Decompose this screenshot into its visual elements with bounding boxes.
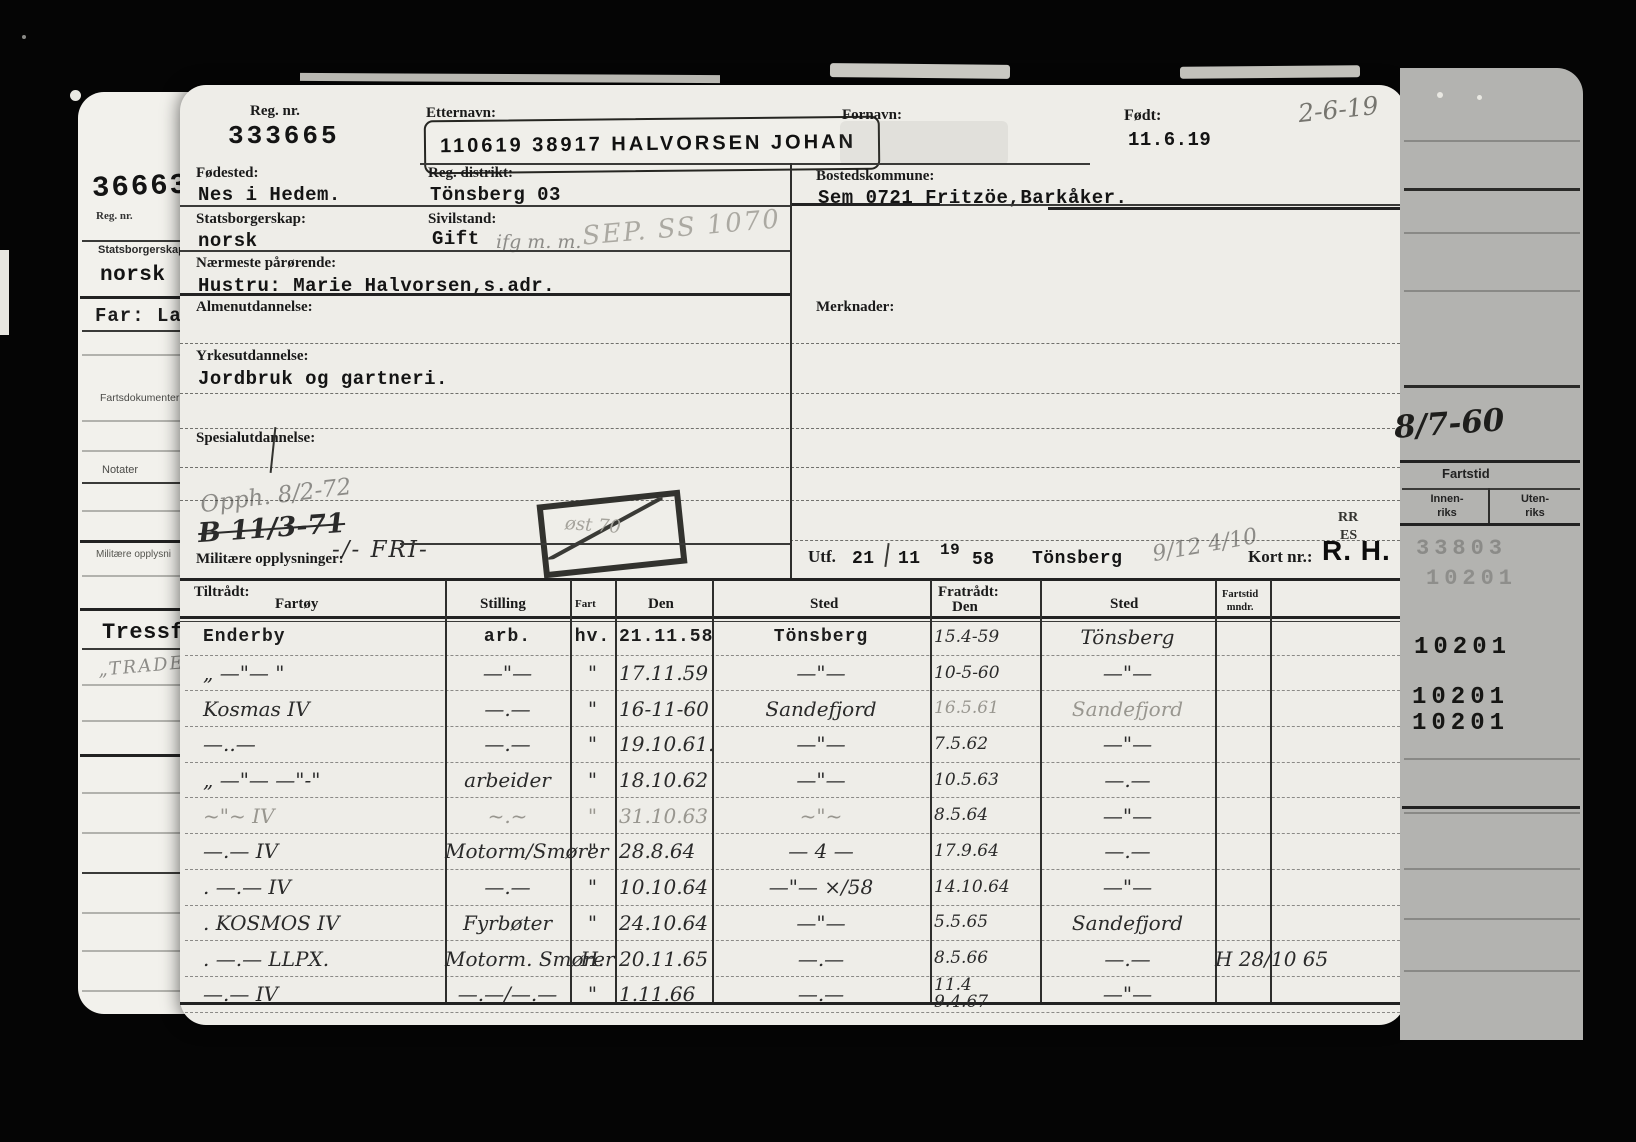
- cell-fratradt-sted: Sandefjord: [1040, 913, 1215, 933]
- scanned-register-page: 366637 Reg. nr. Statsborgerskap norsk Fa…: [0, 0, 1636, 1142]
- sivilstand-label: Sivilstand:: [428, 211, 496, 228]
- utf-separator: [884, 543, 889, 567]
- cell-fartoy: „ —"— ": [185, 663, 445, 683]
- cell-den: 21.11.58: [615, 628, 712, 646]
- cell-fratradt-sted: —.—: [1040, 770, 1215, 790]
- table-row: . KOSMOS IV Fyrbøter " 24.10.64 —"— 5.5.…: [185, 906, 1400, 942]
- yrkes-value: Jordbruk og gartneri.: [198, 368, 448, 390]
- cell-fratradt-sted: —"—: [1040, 984, 1215, 1004]
- fornavn-stamp-residue: [840, 121, 1008, 165]
- cell-den: 24.10.64: [615, 913, 712, 933]
- cell-fart: ": [570, 770, 615, 790]
- cell-sted: —.—: [712, 984, 930, 1004]
- col-fartoy: Fartøy: [275, 596, 318, 613]
- cell-fart: ": [570, 663, 615, 683]
- cell-fart: ": [570, 734, 615, 754]
- fodested-value: Nes i Hedem.: [198, 184, 341, 206]
- cell-fratradt-den: 11.4 9.4.67: [930, 977, 1040, 1011]
- right-card-fartstid-label: Fartstid: [1442, 466, 1490, 481]
- cell-fartoy: Enderby: [185, 628, 445, 646]
- table-row: . —.— IV —.— " 10.10.64 —"— ×/58 14.10.6…: [185, 870, 1400, 906]
- table-row: „ —"— —"-" arbeider " 18.10.62 —"— 10.5.…: [185, 763, 1400, 799]
- cell-sted: Sandefjord: [712, 699, 930, 719]
- cell-den: 10.10.64: [615, 877, 712, 897]
- fodt-value: 11.6.19: [1128, 129, 1211, 151]
- es-marking: ES: [1340, 528, 1357, 544]
- cell-sted: —"—: [712, 734, 930, 754]
- cell-fratradt-den: 14.10.64: [930, 879, 1040, 896]
- utf-handwriting: 9/12 4/10: [1151, 524, 1260, 567]
- cell-fart: H.: [570, 949, 615, 969]
- cell-sted: ~"~: [712, 806, 930, 826]
- left-card-trade-handwriting: „TRADE: [97, 652, 185, 680]
- left-card-notater-label: Notater: [102, 464, 138, 476]
- cell-fart: ": [570, 841, 615, 861]
- utf-month: 11: [898, 549, 921, 569]
- cell-den: 19.10.61.: [615, 734, 712, 754]
- right-card-bold-number-1: 10201: [1414, 634, 1511, 661]
- table-row: —.— IV —.—/—.— " 1.11.66 —.— 11.4 9.4.67…: [185, 977, 1400, 1013]
- table-row: Enderby arb. hv. 21.11.58 Tönsberg 15.4-…: [185, 620, 1400, 656]
- cell-den: 31.10.63: [615, 806, 712, 826]
- statsborgerskap-value: norsk: [198, 230, 258, 252]
- cell-fratradt-sted: —"—: [1040, 877, 1215, 897]
- cell-stilling: arbeider: [445, 770, 570, 790]
- cell-fratradt-sted: Sandefjord: [1040, 699, 1215, 719]
- cell-sted: —"—: [712, 770, 930, 790]
- cell-fratradt-sted: —.—: [1040, 949, 1215, 969]
- cell-stilling: —.—: [445, 734, 570, 754]
- cell-stilling: arb.: [445, 628, 570, 646]
- cell-fartoy: ~"~ IV: [185, 806, 445, 826]
- cell-fartoy: . —.— LLPX.: [185, 949, 445, 969]
- reg-nr-value: 333665: [228, 121, 340, 151]
- left-card-statsborgerskap-value: norsk: [100, 264, 166, 287]
- rr-marking: RR: [1338, 510, 1358, 526]
- cell-fratradt-sted: —"—: [1040, 663, 1215, 683]
- cell-fart: ": [570, 913, 615, 933]
- cell-fratradt-den: 5.5.65: [930, 914, 1040, 931]
- cell-stilling: ~.~: [445, 806, 570, 826]
- cell-den: 20.11.65: [615, 949, 712, 969]
- table-row: Kosmas IV —.— " 16-11-60 Sandefjord 16.5…: [185, 691, 1400, 727]
- left-card-statsborgerskap-label: Statsborgerskap: [98, 244, 185, 256]
- cell-fartstid: H 28/10 65: [1215, 949, 1270, 969]
- cell-fratradt-sted: —.—: [1040, 841, 1215, 861]
- almen-label: Almenutdannelse:: [196, 299, 313, 316]
- void-stamp-box: øst 70: [537, 490, 688, 579]
- col-fartstid: Fartstid mndr.: [1222, 588, 1258, 614]
- cell-fratradt-den: 8.5.66: [930, 950, 1040, 967]
- cell-sted: —"—: [712, 913, 930, 933]
- right-card-faint-number-2: 10201: [1426, 566, 1517, 591]
- right-card-faint-number-1: 33803: [1416, 536, 1507, 561]
- utf-year: 58: [972, 550, 995, 570]
- cell-fratradt-den: 7.5.62: [930, 736, 1040, 753]
- underlying-card-right: 8/7-60 Fartstid Innen- riks Uten- riks 3…: [1400, 68, 1583, 1040]
- cell-stilling: —"—: [445, 663, 570, 683]
- reg-nr-label: Reg. nr.: [250, 103, 300, 120]
- cell-fartoy: Kosmas IV: [185, 699, 445, 719]
- cell-sted: Tönsberg: [712, 628, 930, 646]
- cell-sted: — 4 —: [712, 841, 930, 861]
- utf-label: Utf.: [808, 547, 836, 567]
- col-sted: Sted: [810, 596, 838, 613]
- fodested-label: Fødested:: [196, 165, 259, 182]
- col-den: Den: [648, 596, 674, 613]
- kort-nr-label: Kort nr.:: [1248, 547, 1313, 567]
- statsborgerskap-label: Statsborgerskap:: [196, 211, 306, 228]
- col-fratradt-sted: Sted: [1110, 596, 1138, 613]
- cell-fart: ": [570, 806, 615, 826]
- cell-den: 16-11-60: [615, 699, 712, 719]
- void-stamp-handwriting: øst 70: [564, 513, 621, 538]
- regdistrikt-value: Tönsberg 03: [430, 184, 561, 206]
- table-row: „ —"— " —"— " 17.11.59 —"— 10-5-60 —"—: [185, 656, 1400, 692]
- sivilstand-value: Gift: [432, 228, 480, 250]
- spesial-label: Spesialutdannelse:: [196, 430, 315, 447]
- cell-stilling: —.—: [445, 877, 570, 897]
- table-row: —..— —.— " 19.10.61. —"— 7.5.62 —"—: [185, 727, 1400, 763]
- cell-stilling: Fyrbøter: [445, 913, 570, 933]
- etternavn-value: 110619 38917 HALVORSEN JOHAN: [440, 131, 878, 159]
- sivilstand-handwriting-2: SEP. SS 1070: [581, 204, 782, 251]
- cell-fart: hv.: [570, 628, 615, 646]
- cell-den: 18.10.62: [615, 770, 712, 790]
- cell-fratradt-den: 10-5-60: [930, 665, 1040, 682]
- cell-fratradt-den: 10.5.63: [930, 772, 1040, 789]
- cell-den: 28.8.64: [615, 841, 712, 861]
- cell-fartoy: —..—: [185, 734, 445, 754]
- cell-den: 1.11.66: [615, 984, 712, 1004]
- cell-fratradt-sted: —"—: [1040, 806, 1215, 826]
- left-card-fartsdokumenter-label: Fartsdokumenter: [100, 392, 179, 404]
- right-card-bold-number-3: 10201: [1412, 710, 1509, 737]
- cell-fartoy: —.— IV: [185, 841, 445, 861]
- col-fart: Fart: [575, 598, 596, 610]
- regdistrikt-label: Reg. distrikt:: [428, 165, 513, 182]
- col-fratradt-den: Den: [952, 599, 978, 616]
- col-stilling: Stilling: [480, 596, 526, 613]
- cell-fratradt-den: 17.9.64: [930, 843, 1040, 860]
- militare-label: Militære opplysninger:: [196, 551, 344, 568]
- fodt-label: Født:: [1124, 107, 1161, 125]
- cell-fratradt-sted: Tönsberg: [1040, 627, 1215, 647]
- right-card-innenriks-label: Innen- riks: [1408, 492, 1486, 521]
- cell-sted: —"— ×/58: [712, 877, 930, 897]
- right-card-utenriks-label: Uten- riks: [1496, 492, 1574, 521]
- voyage-table: Enderby arb. hv. 21.11.58 Tönsberg 15.4-…: [185, 620, 1400, 1013]
- cell-fratradt-den: 16.5.61: [930, 700, 1040, 717]
- bosted-label: Bostedskommune:: [816, 168, 934, 185]
- yrkes-label: Yrkesutdannelse:: [196, 348, 309, 365]
- cell-sted: —"—: [712, 663, 930, 683]
- utf-century: 19: [940, 541, 960, 559]
- table-row: . —.— LLPX. Motorm. Smører H. 20.11.65 —…: [185, 941, 1400, 977]
- cell-sted: —.—: [712, 949, 930, 969]
- utf-day: 21: [852, 549, 875, 569]
- merknader-label: Merknader:: [816, 299, 894, 316]
- fodt-handwriting: 2-6-19: [1297, 91, 1380, 128]
- cell-stilling: Motorm/Smører: [445, 841, 570, 861]
- left-card-militare-label: Militære opplysni: [96, 549, 171, 560]
- cell-stilling: —.—/—.—: [445, 984, 570, 1004]
- militare-handwriting: -/- FRI-: [332, 537, 429, 563]
- table-row: ~"~ IV ~.~ " 31.10.63 ~"~ 8.5.64 —"—: [185, 798, 1400, 834]
- seaman-register-card: Reg. nr. 333665 Etternavn: 110619 38917 …: [180, 85, 1405, 1025]
- cell-fart: ": [570, 984, 615, 1004]
- table-row: —.— IV Motorm/Smører " 28.8.64 — 4 — 17.…: [185, 834, 1400, 870]
- left-card-reg-label: Reg. nr.: [96, 210, 133, 222]
- utf-place: Tönsberg: [1032, 549, 1122, 569]
- cell-fratradt-den: 15.4-59: [930, 629, 1040, 646]
- cell-fratradt-den: 8.5.64: [930, 807, 1040, 824]
- right-card-bold-number-2: 10201: [1412, 684, 1509, 711]
- parorende-label: Nærmeste pårørende:: [196, 255, 336, 272]
- cell-fart: ": [570, 699, 615, 719]
- cell-stilling: Motorm. Smører: [445, 949, 570, 969]
- cell-fartoy: . —.— IV: [185, 877, 445, 897]
- cell-fartoy: „ —"— —"-": [185, 770, 445, 790]
- cell-stilling: —.—: [445, 699, 570, 719]
- right-card-date-handwriting: 8/7-60: [1393, 402, 1506, 446]
- tiltradt-label: Tiltrådt:: [194, 584, 250, 601]
- cell-fartoy: —.— IV: [185, 984, 445, 1004]
- cell-fartoy: . KOSMOS IV: [185, 913, 445, 933]
- cell-fart: ": [570, 877, 615, 897]
- cell-den: 17.11.59: [615, 663, 712, 683]
- cell-fratradt-sted: —"—: [1040, 734, 1215, 754]
